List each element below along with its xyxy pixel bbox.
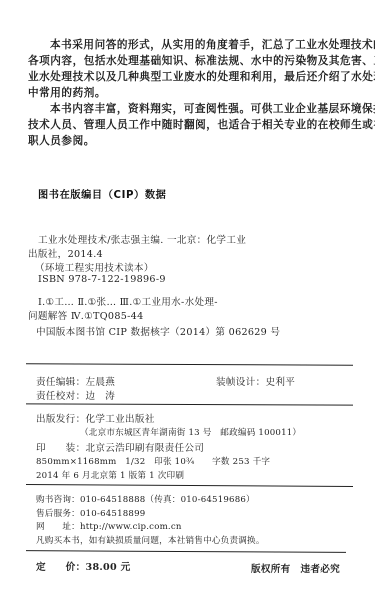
cip-line-1: 工业水处理技术/张志强主编. 一北京：化学工业 bbox=[38, 232, 246, 246]
editor-name: 左晨燕 bbox=[85, 377, 115, 388]
quality-notice: 凡购买本书，如有缺损质量问题，本社销售中心负责调换。 bbox=[36, 534, 265, 546]
divider-4 bbox=[26, 550, 346, 553]
publisher-name: 化学工业出版社 bbox=[85, 414, 154, 425]
proofreader-label: 责任校对： bbox=[36, 391, 85, 402]
proofreader-row: 责任校对：边 涛 bbox=[36, 388, 115, 402]
cip-line-2: 出版社，2014.4 bbox=[28, 246, 103, 260]
paragraph-2-line-1: 本书内容丰富，资料翔实，可查阅性强。可供工业企业基层环境保护 bbox=[50, 101, 375, 116]
designer-row: 装帧设计：史利平 bbox=[216, 374, 295, 388]
cip-line-3: （环境工程实用技术读本） bbox=[35, 260, 154, 274]
edition-info: 2014 年 6 月北京第 1 版第 1 次印刷 bbox=[36, 469, 184, 481]
cip-title: 图书在版编目（CIP）数据 bbox=[38, 186, 166, 201]
proofreader-name: 边 涛 bbox=[85, 391, 115, 402]
printer-name: 北京云浩印刷有限责任公司 bbox=[85, 443, 204, 454]
cip-verification: 中国版本图书馆 CIP 数据核字（2014）第 062629 号 bbox=[36, 324, 280, 338]
website-row: 网 址：http://www.cip.com.cn bbox=[36, 520, 182, 532]
designer-label: 装帧设计： bbox=[216, 377, 265, 388]
website-link[interactable]: http://www.cip.com.cn bbox=[80, 522, 182, 532]
designer-name: 史利平 bbox=[265, 377, 295, 388]
after-sales-service: 售后服务：010-64518899 bbox=[36, 507, 145, 519]
divider-3 bbox=[26, 484, 353, 487]
cip-isbn: ISBN 978-7-122-19896-9 bbox=[38, 274, 166, 285]
paragraph-2-line-2: 技术人员、管理人员工作中随时翻阅，也适合于相关专业的在校师生或在 bbox=[28, 117, 375, 132]
website-label: 网 址： bbox=[36, 522, 80, 532]
cip-classification-1: Ⅰ.①工… Ⅱ.①张… Ⅲ.①工业用水-水处理- bbox=[38, 294, 218, 308]
price-label: 定 价： bbox=[36, 562, 85, 573]
editor-label: 责任编辑： bbox=[36, 377, 85, 388]
printer-label: 印 装： bbox=[36, 443, 85, 454]
copyright-notice: 版权所有 违者必究 bbox=[251, 561, 340, 575]
publisher-address: （北京市东城区青年湖南街 13 号 邮政编码 100011） bbox=[80, 426, 301, 438]
paragraph-1-line-1: 本书采用问答的形式，从实用的角度着手，汇总了工业水处理技术的 bbox=[50, 37, 375, 52]
paragraph-2-line-3: 职人员参阅。 bbox=[28, 133, 95, 148]
divider-2 bbox=[26, 403, 353, 406]
publisher-row: 出版发行：化学工业出版社 bbox=[36, 411, 155, 425]
price-row: 定 价：38.00 元 bbox=[36, 559, 131, 573]
cip-classification-2: 问题解答 Ⅳ.①TQ085-44 bbox=[28, 308, 143, 322]
printer-row: 印 装：北京云浩印刷有限责任公司 bbox=[36, 440, 204, 454]
book-format: 850mm×1168mm 1/32 印张 10¾ 字数 253 千字 bbox=[36, 455, 270, 467]
divider-1 bbox=[26, 363, 353, 366]
paragraph-1-line-4: 中常用的药剂。 bbox=[28, 85, 106, 100]
paragraph-1-line-3: 业水处理技术以及几种典型工业废水的处理和利用，最后还介绍了水处理 bbox=[28, 69, 375, 84]
publisher-label: 出版发行： bbox=[36, 414, 85, 425]
editor-row: 责任编辑：左晨燕 bbox=[36, 374, 115, 388]
paragraph-1-line-2: 各项内容，包括水处理基础知识、标准法规、水中的污染物及其危害、工 bbox=[28, 53, 375, 68]
purchase-inquiry: 购书咨询：010-64518888（传真：010-64519686） bbox=[36, 493, 255, 505]
price-value: 38.00 元 bbox=[85, 562, 130, 573]
